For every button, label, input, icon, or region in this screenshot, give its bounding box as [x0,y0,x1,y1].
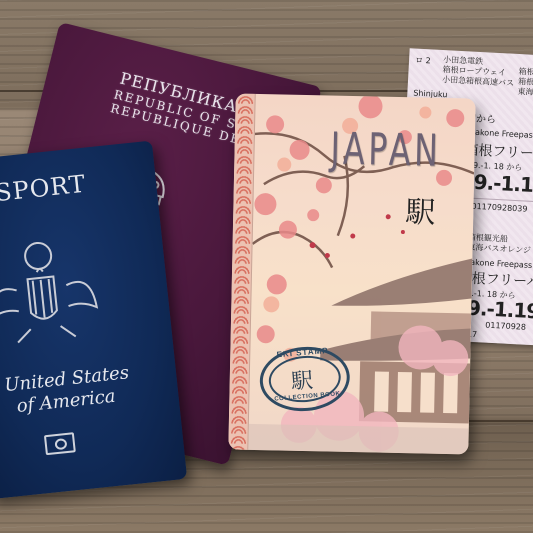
ticket-serial: 01170928 [485,321,526,332]
ticket-corner-mark: ロ 2 [415,55,431,67]
biometric-chip-icon [44,432,76,455]
eagle-seal-icon [0,232,102,353]
ticket-product-en: "Hakone Freepass" [465,127,533,140]
stamp-kanji: 駅 [290,363,315,396]
ticket-operator: 東海バスオレンジ [517,86,533,100]
ticket-operator: 小田急箱根高速バス [442,74,514,89]
usa-passport-title: SSPORT [0,170,87,209]
ticket-operator: 東海バスオレンジ [467,242,531,256]
ticket-serial: 01170928039 [471,202,527,214]
japan-title: JAPAN [330,124,442,177]
eki-kanji: 駅 [405,187,436,232]
japan-stamp-book: JAPAN 駅 EKI STAMP 駅 COLLECTION BOOK [228,94,475,455]
